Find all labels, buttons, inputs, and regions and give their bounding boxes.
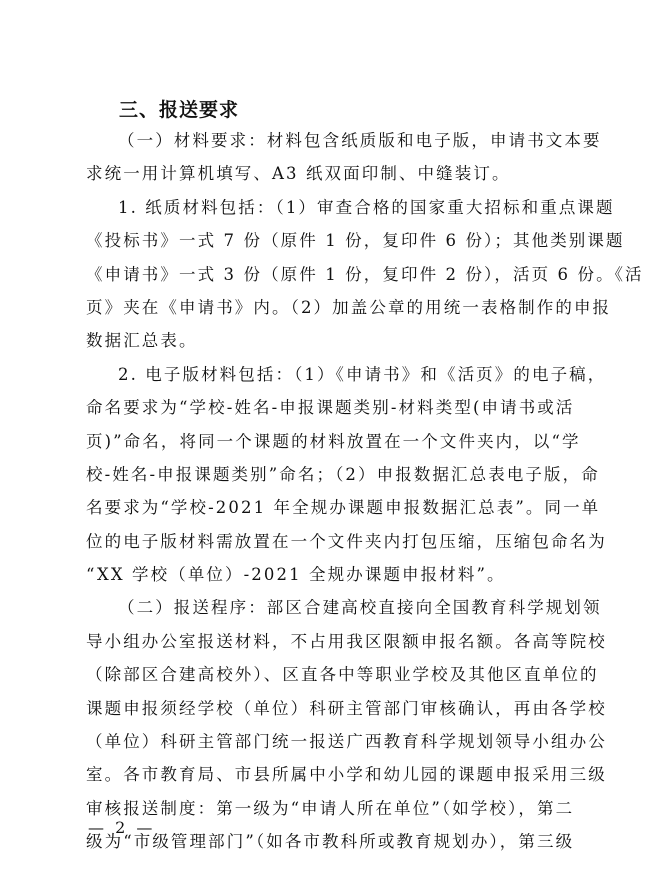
paragraph-line: 级为“市级管理部门”（如各市教科所或教育规划办），第三级: [86, 825, 568, 858]
paragraph-line: （一）材料要求：材料包含纸质版和电子版，申请书文本要: [86, 124, 568, 157]
paragraph-line: 命名要求为“学校-姓名-申报课题类别-材料类型(申请书或活: [86, 391, 568, 424]
paragraph-line: （单位）科研主管部门统一报送广西教育科学规划领导小组办公: [86, 725, 568, 758]
paragraph-line: 校-姓名-申报课题类别”命名；（2）申报数据汇总表电子版，命: [86, 458, 568, 491]
document-page: 三、报送要求 （一）材料要求：材料包含纸质版和电子版，申请书文本要 求统一用计算…: [0, 0, 652, 882]
paragraph-line: 页)”命名，将同一个课题的材料放置在一个文件夹内，以“学: [86, 425, 568, 458]
paragraph-line: 课题申报须经学校（单位）科研主管部门审核确认，再由各学校: [86, 692, 568, 725]
paragraph-line: 求统一用计算机填写、A3 纸双面印制、中缝装订。: [86, 157, 568, 190]
paragraph-line: 导小组办公室报送材料，不占用我区限额申报名额。各高等院校: [86, 625, 568, 658]
paragraph-line: 室。各市教育局、市县所属中小学和幼儿园的课题申报采用三级: [86, 758, 568, 791]
paragraph-line: 2. 电子版材料包括：（1）《申请书》和《活页》的电子稿，: [86, 358, 568, 391]
paragraph-line: 《投标书》一式 7 份（原件 1 份，复印件 6 份）；其他类别课题: [86, 224, 568, 257]
paragraph-line: 名要求为“学校-2021 年全规办课题申报数据汇总表”。同一单: [86, 491, 568, 524]
paragraph-line: 审核报送制度：第一级为“申请人所在单位”（如学校），第二: [86, 792, 568, 825]
paragraph-line: 1. 纸质材料包括：（1）审查合格的国家重大招标和重点课题: [86, 191, 568, 224]
page-number: — 2 —: [88, 818, 155, 838]
body-text: （一）材料要求：材料包含纸质版和电子版，申请书文本要 求统一用计算机填写、A3 …: [86, 124, 568, 859]
paragraph-line: （除部区合建高校外）、区直各中等职业学校及其他区直单位的: [86, 658, 568, 691]
paragraph-line: 页》夹在《申请书》内。（2）加盖公章的用统一表格制作的申报: [86, 291, 568, 324]
paragraph-line: 位的电子版材料需放置在一个文件夹内打包压缩，压缩包命名为: [86, 525, 568, 558]
paragraph-line: 数据汇总表。: [86, 324, 568, 357]
paragraph-line: “XX 学校（单位）-2021 全规办课题申报材料”。: [86, 558, 568, 591]
paragraph-line: 《申请书》一式 3 份（原件 1 份，复印件 2 份），活页 6 份。《活: [86, 258, 568, 291]
section-heading: 三、报送要求: [119, 98, 239, 122]
paragraph-line: （二）报送程序：部区合建高校直接向全国教育科学规划领: [86, 591, 568, 624]
